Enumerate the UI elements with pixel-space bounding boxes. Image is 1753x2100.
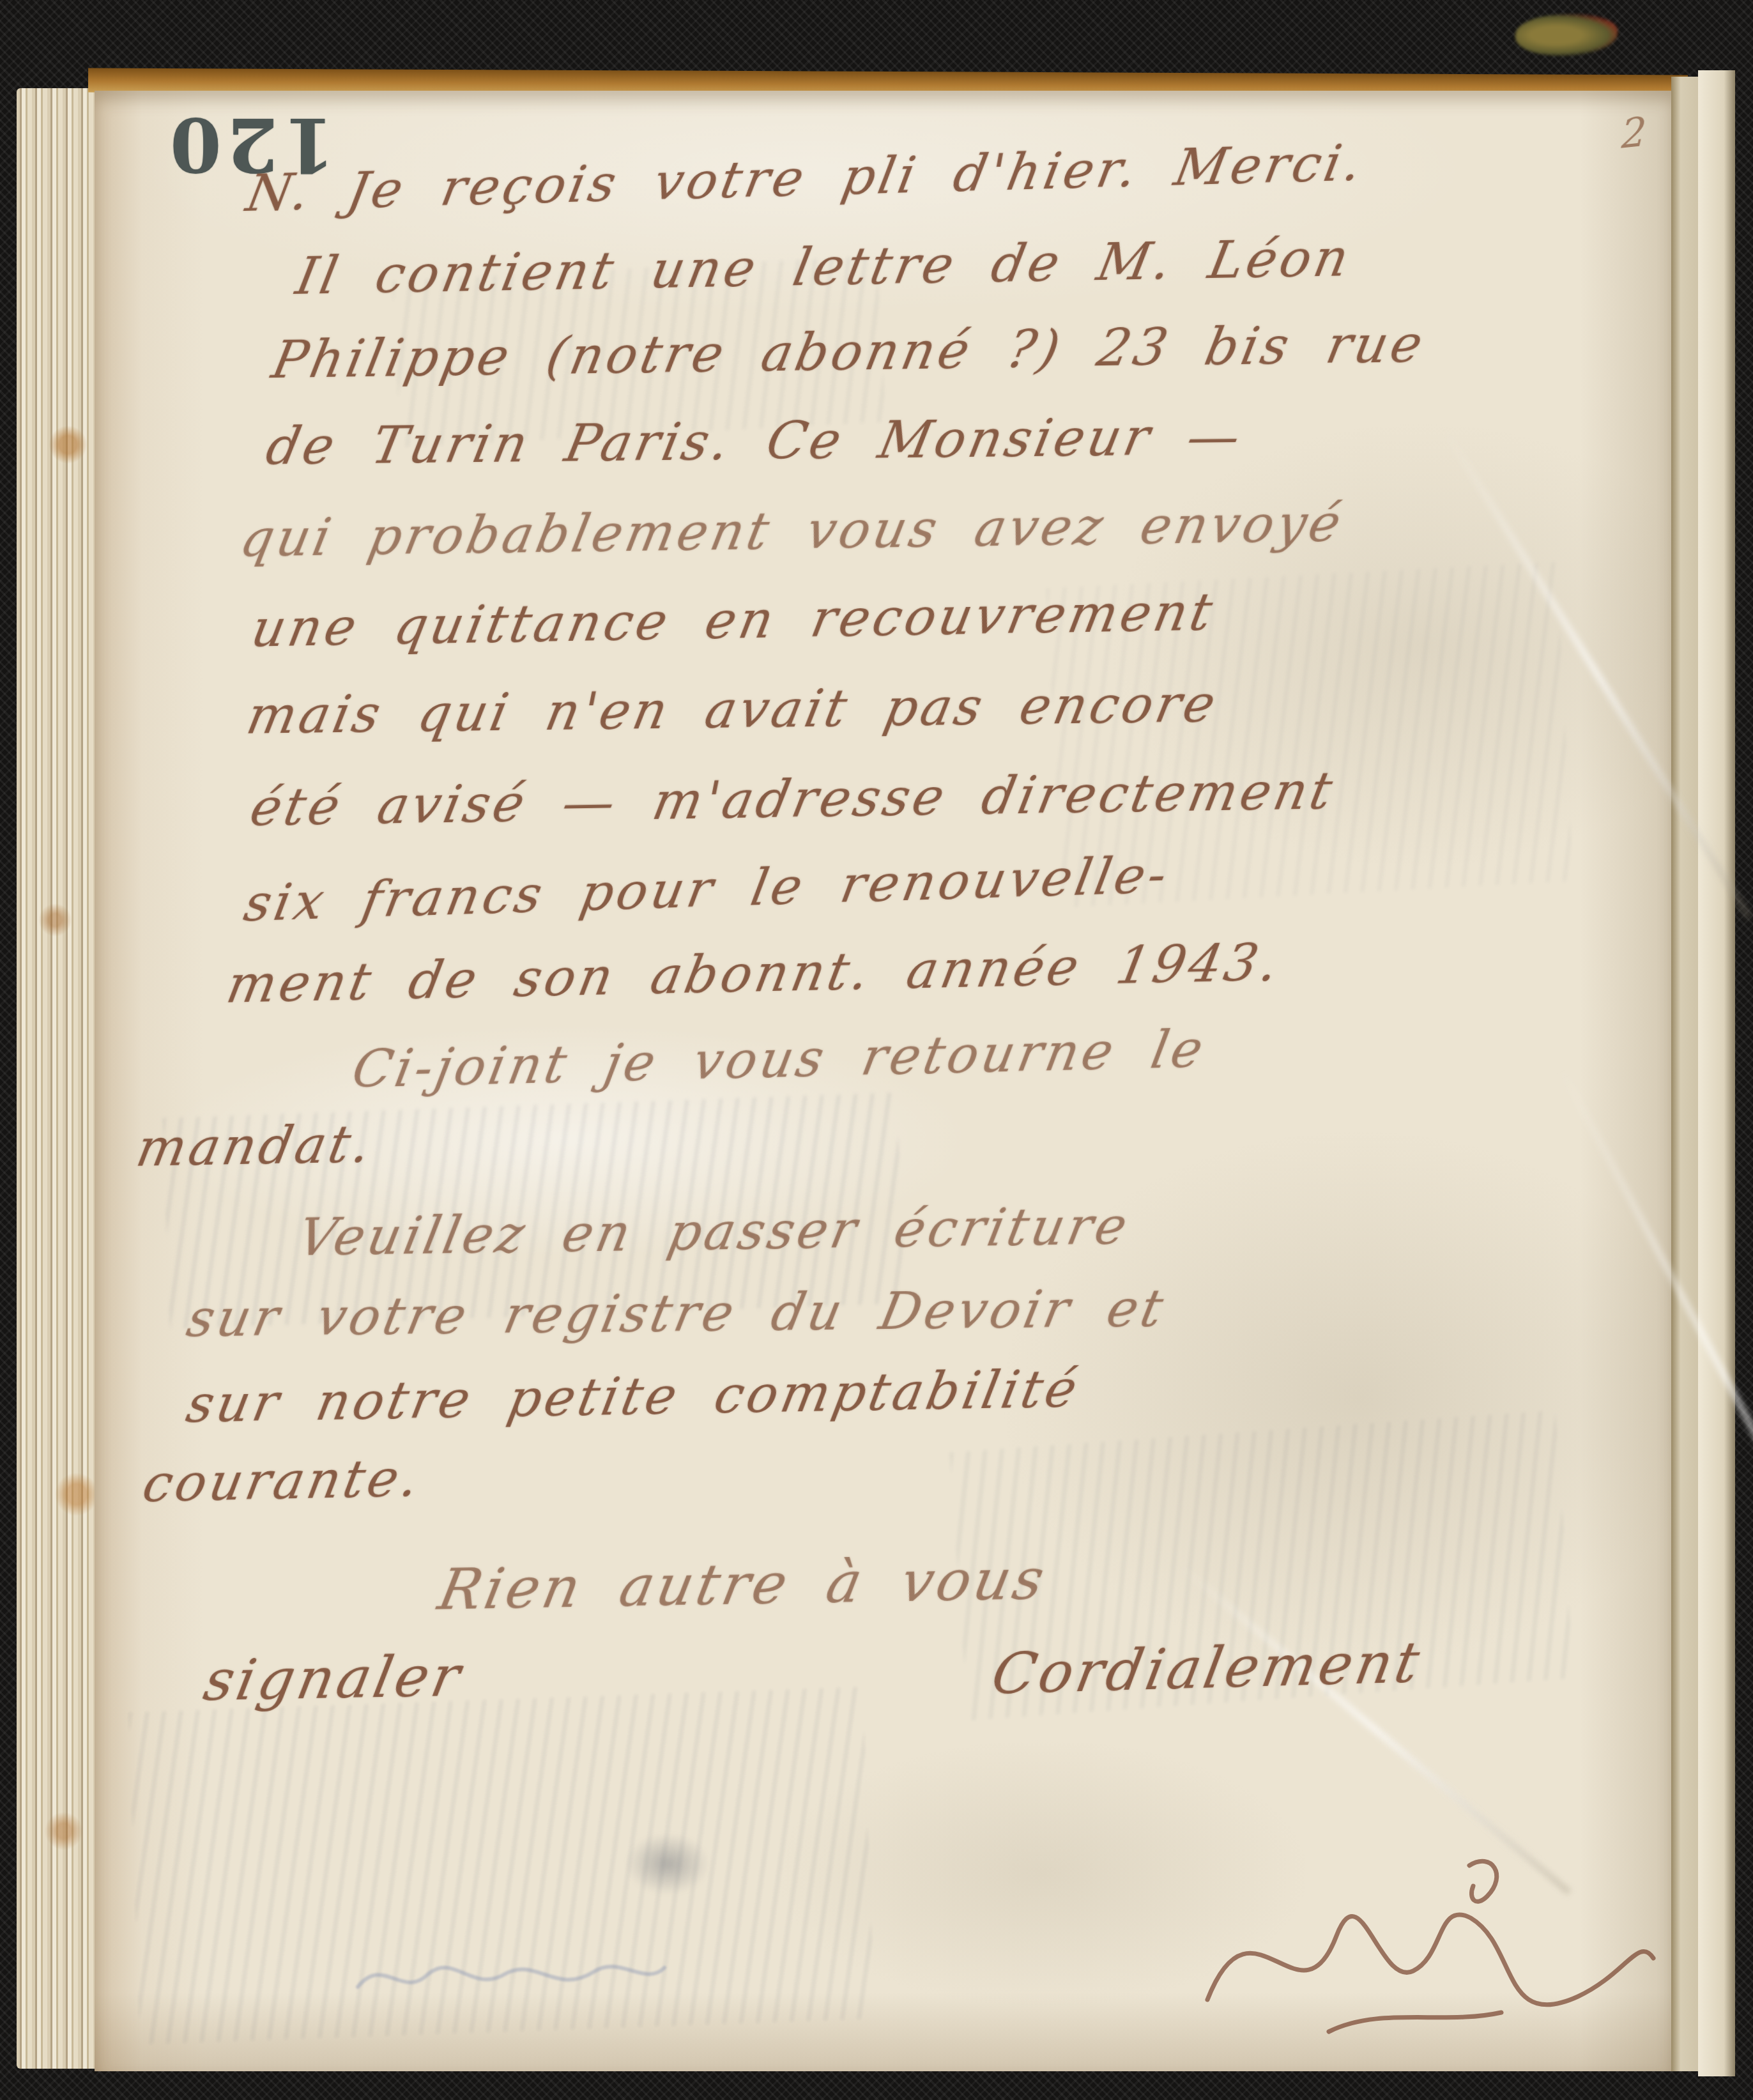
handwritten-line: Rien autre à vous (433, 1546, 1052, 1622)
next-page-edge (1698, 70, 1735, 2076)
corner-page-number: 2 (1621, 109, 1648, 158)
pencil-smudge (626, 1834, 709, 1894)
handwritten-line: mais qui n'en avait pas encore (242, 675, 1223, 746)
book-scan: 120 2 N. Je reçois votre pli d'hier. Mer… (0, 0, 1753, 2100)
next-page-fold (1671, 77, 1698, 2071)
handwritten-line: Veuillez en passer écriture (293, 1197, 1135, 1268)
page-stack-edges (17, 88, 102, 2069)
blue-bleed-mark (345, 1929, 677, 2019)
handwritten-line: Cordialement (987, 1630, 1428, 1708)
handwritten-line: mandat. (132, 1115, 378, 1178)
handwritten-line: signaler (199, 1643, 469, 1713)
handwritten-line: courante. (138, 1448, 427, 1514)
binding-tear-spot (1515, 14, 1618, 56)
handwritten-line: sur votre registre du Devoir et (182, 1279, 1171, 1349)
handwritten-line: de Turin Paris. Ce Monsieur — (261, 407, 1248, 477)
signature-scrawl (1169, 1840, 1667, 2051)
